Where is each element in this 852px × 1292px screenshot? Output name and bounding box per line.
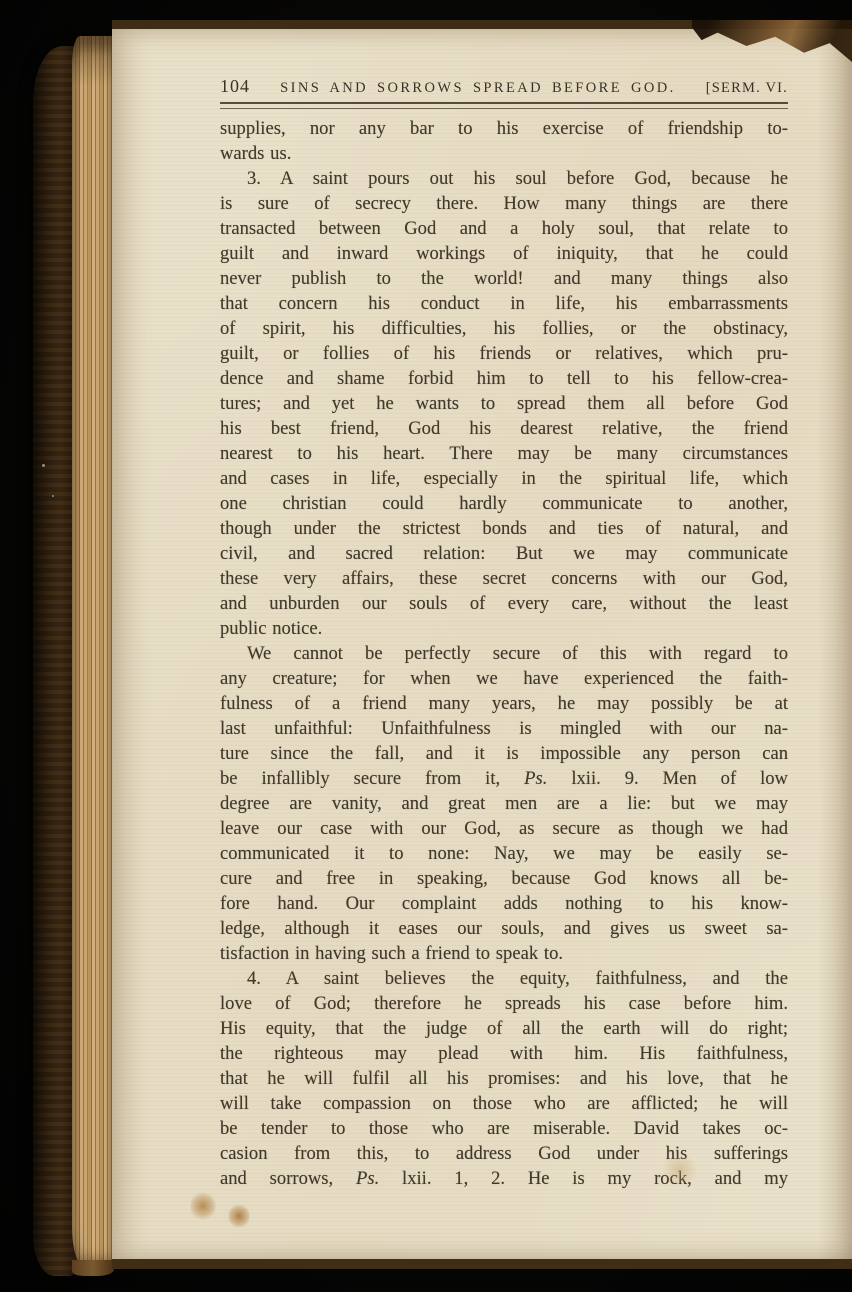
text-line: ture since the fall, and it is impossibl… [220, 741, 788, 766]
text-line: leave our case with our God, as secure a… [220, 816, 788, 841]
text-line: degree are vanity, and great men are a l… [220, 791, 788, 816]
page-number: 104 [220, 76, 250, 97]
text-line: one christian could hardly communicate t… [220, 491, 788, 516]
text-line: His equity, that the judge of all the ea… [220, 1016, 788, 1041]
text-line: nearest to his heart. There may be many … [220, 441, 788, 466]
text-line: his best friend, God his dearest relativ… [220, 416, 788, 441]
text-line: We cannot be perfectly secure of this wi… [220, 641, 788, 666]
text-line: dence and shame forbid him to tell to hi… [220, 366, 788, 391]
text-line: that he will fulfil all his promises: an… [220, 1066, 788, 1091]
text-line: fore hand. Our complaint adds nothing to… [220, 891, 788, 916]
text-line: guilt, or follies of his friends or rela… [220, 341, 788, 366]
torn-corner [692, 20, 852, 62]
text-line: will take compassion on those who are af… [220, 1091, 788, 1116]
text-line: communicated it to none: Nay, we may be … [220, 841, 788, 866]
text-line: that concern his conduct in life, his em… [220, 291, 788, 316]
foxing-stain [190, 1191, 216, 1221]
text-line: be tender to those who are miserable. Da… [220, 1116, 788, 1141]
text-line: cure and free in speaking, because God k… [220, 866, 788, 891]
body-text: supplies, nor any bar to his exercise of… [220, 116, 788, 1191]
text-line: supplies, nor any bar to his exercise of… [220, 116, 788, 141]
text-line: though under the strictest bonds and tie… [220, 516, 788, 541]
text-line: public notice. [220, 616, 788, 641]
dust-speck [42, 464, 45, 467]
text-line: last unfaithful: Unfaithfulness is mingl… [220, 716, 788, 741]
printed-text-column: 104 SINS AND SORROWS SPREAD BEFORE GOD. … [220, 76, 788, 1191]
text-line: and cases in life, especially in the spi… [220, 466, 788, 491]
text-line: transacted between God and a holy soul, … [220, 216, 788, 241]
text-line: wards us. [220, 141, 788, 166]
text-line: these very affairs, these secret concern… [220, 566, 788, 591]
section-label: [SERM. VI. [706, 80, 788, 97]
text-line: civil, and sacred relation: But we may c… [220, 541, 788, 566]
text-line: tisfaction in having such a friend to sp… [220, 941, 788, 966]
text-line: guilt and inward workings of iniquity, t… [220, 241, 788, 266]
text-line: of spirit, his difficulties, his follies… [220, 316, 788, 341]
text-line: 3. A saint pours out his soul before God… [220, 166, 788, 191]
text-line: never publish to the world! and many thi… [220, 266, 788, 291]
text-line: 4. A saint believes the equity, faithful… [220, 966, 788, 991]
text-line: be infallibly secure from it, Ps. lxii. … [220, 766, 788, 791]
text-line: ledge, although it eases our souls, and … [220, 916, 788, 941]
running-header: 104 SINS AND SORROWS SPREAD BEFORE GOD. … [220, 76, 788, 100]
text-line: and sorrows, Ps. lxii. 1, 2. He is my ro… [220, 1166, 788, 1191]
photo-background: 104 SINS AND SORROWS SPREAD BEFORE GOD. … [0, 0, 852, 1292]
page-right-shadow [818, 29, 852, 1259]
text-line: any creature; for when we have experienc… [220, 666, 788, 691]
page-edge-stack [72, 36, 114, 1268]
text-line: fulness of a friend many years, he may p… [220, 691, 788, 716]
book-page: 104 SINS AND SORROWS SPREAD BEFORE GOD. … [112, 20, 852, 1269]
text-line: casion from this, to address God under h… [220, 1141, 788, 1166]
header-rule [220, 102, 788, 109]
text-line: love of God; therefore he spreads his ca… [220, 991, 788, 1016]
foxing-stain [228, 1204, 250, 1228]
text-line: and unburden our souls of every care, wi… [220, 591, 788, 616]
text-line: tures; and yet he wants to spread them a… [220, 391, 788, 416]
running-title: SINS AND SORROWS SPREAD BEFORE GOD. [280, 80, 676, 97]
text-line: is sure of secrecy there. How many thing… [220, 191, 788, 216]
dust-speck [52, 495, 54, 497]
text-line: the righteous may plead with him. His fa… [220, 1041, 788, 1066]
